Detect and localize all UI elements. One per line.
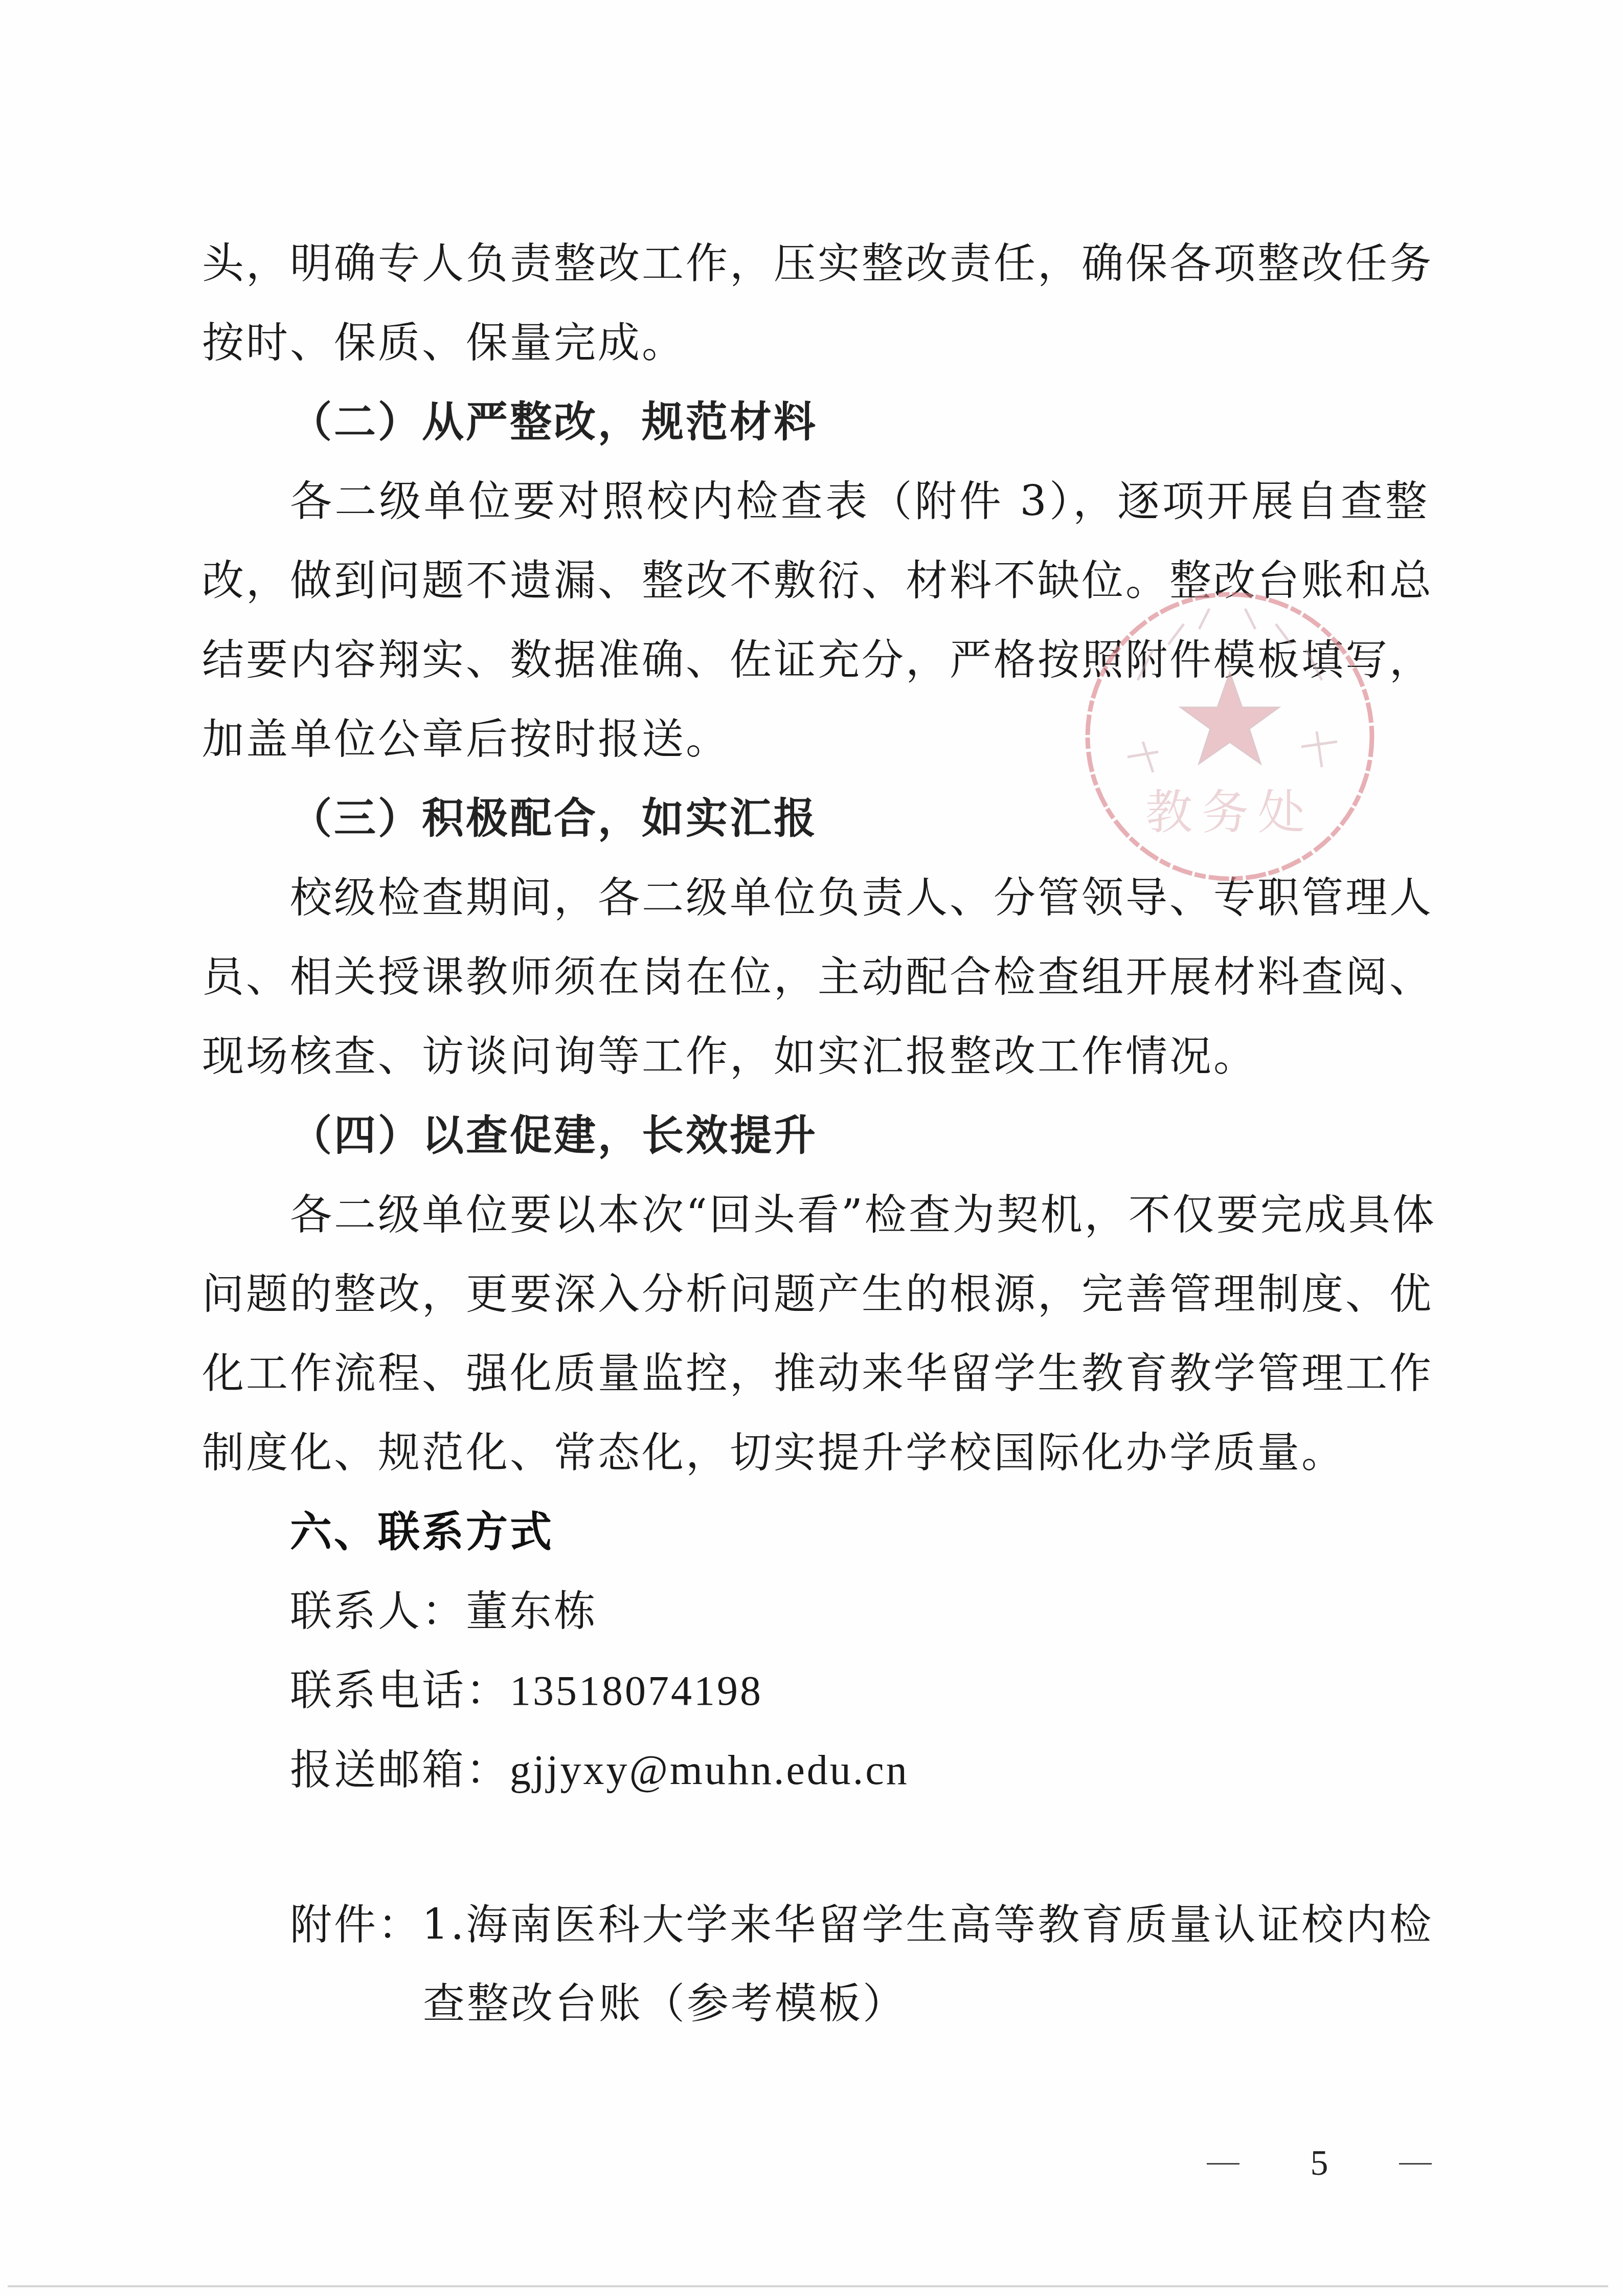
paragraph-line: 结要内容翔实、数据准确、佐证充分，严格按照附件模板填写，: [202, 620, 1429, 700]
contact-email-label: 报送邮箱：: [290, 1746, 510, 1794]
attachment-label: 附件：: [290, 1901, 422, 1949]
contact-person-row: 联系人：董东栋: [290, 1572, 598, 1651]
contact-email-link[interactable]: gjjyxy@muhn.edu.cn: [510, 1747, 909, 1793]
attachment-item-1: 1.海南医科大学来华留学生高等教育质量认证校内检: [422, 1901, 1433, 1949]
page-number-dash-right: [1399, 2163, 1432, 2165]
stamp-text: 教务处: [1145, 785, 1314, 840]
section-heading-contact: 六、联系方式: [290, 1492, 554, 1572]
paragraph-line: 化工作流程、强化质量监控，推动来华留学生教育教学管理工作: [202, 1334, 1429, 1413]
contact-phone-value: 13518074198: [510, 1667, 763, 1714]
contact-person-name: 董东栋: [466, 1587, 598, 1636]
paragraph-line: 按时、保质、保量完成。: [202, 303, 686, 383]
page-number-value: 5: [1311, 2141, 1328, 2187]
paragraph-line: 员、相关授课教师须在岗在位，主动配合检查组开展材料查阅、: [202, 938, 1429, 1017]
paragraph-line: 问题的整改，更要深入分析问题产生的根源，完善管理制度、优: [202, 1255, 1429, 1334]
subheading-2: （二）从严整改，规范材料: [290, 383, 818, 462]
subheading-3: （三）积极配合，如实汇报: [290, 779, 818, 858]
paragraph-line: 制度化、规范化、常态化，切实提升学校国际化办学质量。: [202, 1413, 1345, 1492]
paragraph-line: 改，做到问题不遗漏、整改不敷衍、材料不缺位。整改台账和总: [202, 541, 1429, 620]
contact-phone-row: 联系电话：13518074198: [290, 1651, 763, 1730]
contact-phone-label: 联系电话：: [290, 1666, 510, 1715]
subheading-4: （四）以查促建，长效提升: [290, 1096, 818, 1175]
document-page: 头，明确专人负责整改工作，压实整改责任，确保各项整改任务 按时、保质、保量完成。…: [0, 0, 1623, 2296]
attachment-item-1-continued: 查整改台账（参考模板）: [423, 1964, 907, 2043]
paragraph-line: 各二级单位要以本次“回头看”检查为契机，不仅要完成具体: [290, 1175, 1429, 1255]
contact-person-label: 联系人：: [290, 1587, 466, 1636]
paragraph-line: 头，明确专人负责整改工作，压实整改责任，确保各项整改任务: [202, 224, 1429, 303]
paragraph-line: 加盖单位公章后按时报送。: [202, 700, 730, 779]
page-number-dash-left: [1207, 2163, 1239, 2165]
paragraph-line: 各二级单位要对照校内检查表（附件 3），逐项开展自查整: [290, 462, 1429, 541]
page-number: 5: [1207, 2141, 1432, 2187]
scan-bottom-edge-divider: [8, 2285, 1608, 2287]
contact-email-row: 报送邮箱：gjjyxy@muhn.edu.cn: [290, 1730, 909, 1810]
attachment-row: 附件：1.海南医科大学来华留学生高等教育质量认证校内检: [290, 1885, 1429, 1965]
paragraph-line: 现场核查、访谈问询等工作，如实汇报整改工作情况。: [202, 1017, 1257, 1096]
paragraph-line: 校级检查期间，各二级单位负责人、分管领导、专职管理人: [290, 858, 1429, 938]
